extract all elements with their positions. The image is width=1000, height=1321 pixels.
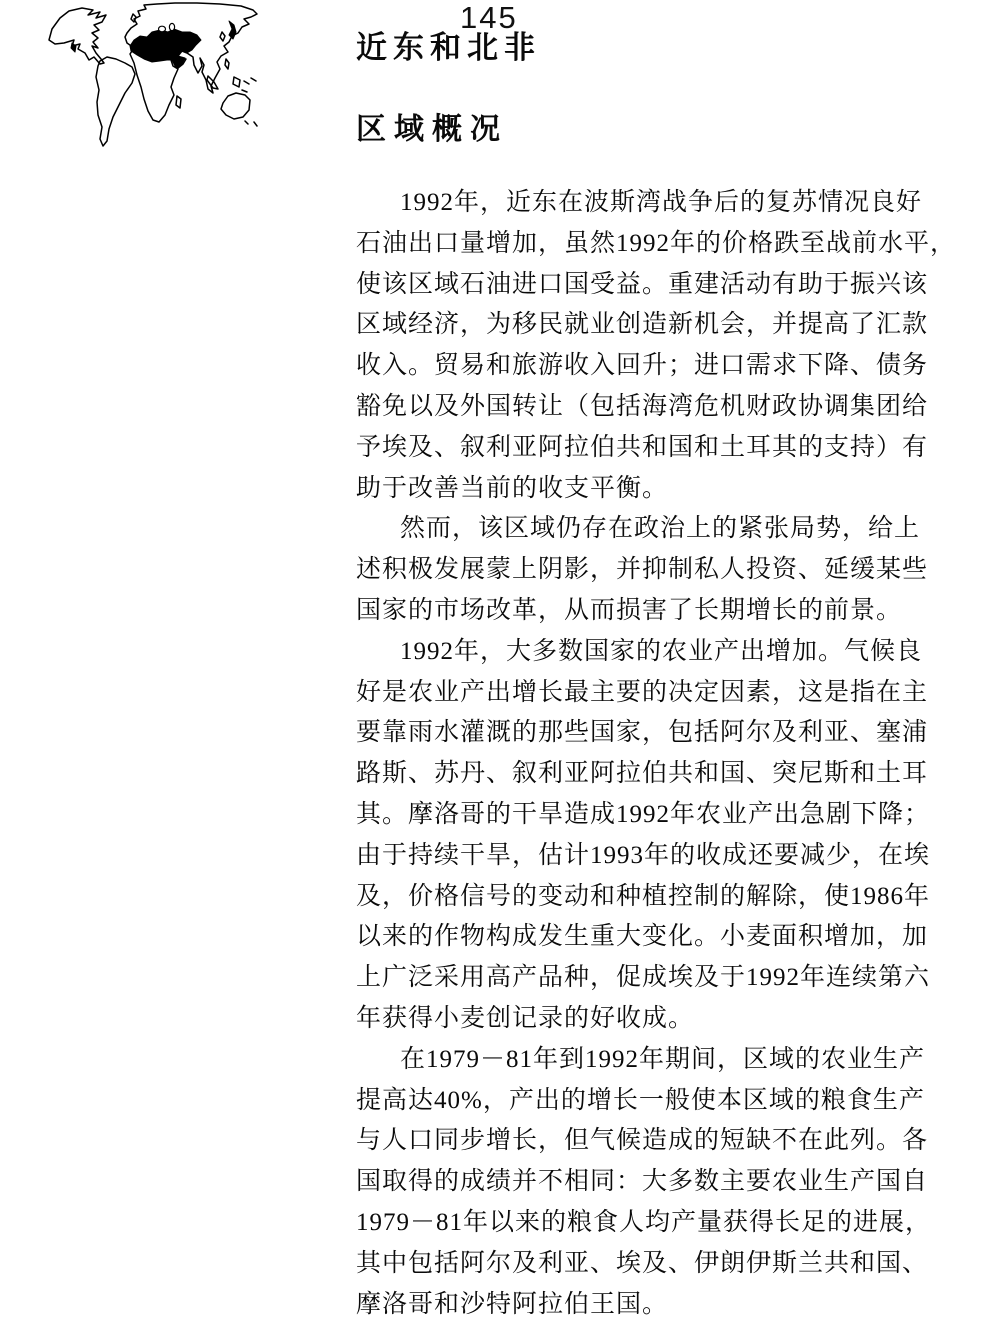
text-line: 区域经济，为移民就业创造新机会，并提高了汇款 [356,305,956,346]
text-line: 路斯、苏丹、叙利亚阿拉伯共和国、突尼斯和土耳 [356,754,956,795]
madagascar-outline [176,96,181,108]
body-text: 1992年，近东在波斯湾战争后的复苏情况良好石油出口量增加，虽然1992年的价格… [356,183,956,1321]
text-line: 在1979－81年到1992年期间，区域的农业生产 [356,1040,956,1081]
text-line: 1992年，近东在波斯湾战争后的复苏情况良好 [356,183,956,224]
text-line: 及，价格信号的变动和种植控制的解除，使1986年 [356,877,956,918]
near-east-north-africa-region [130,29,201,68]
document-page: 145 近东和北非 区域概况 1992年，近东在波斯湾战争后的复苏情况良好石油出… [0,0,1000,1321]
south-america-outline [96,57,135,146]
text-line: 要靠雨水灌溉的那些国家，包括阿尔及利亚、塞浦 [356,713,956,754]
eurasia-africa-outline [125,3,257,122]
world-map-graphic [45,2,260,149]
japan-shape [229,21,236,39]
text-line: 使该区域石油进口国受益。重建活动有助于振兴该 [356,265,956,306]
section-heading: 区域概况 [356,104,508,148]
text-line: 以来的作物构成发生重大变化。小麦面积增加，加 [356,917,956,958]
text-line: 年获得小麦创记录的好收成。 [356,999,956,1040]
caspian-sea-shape [169,23,174,30]
text-line: 由于持续干旱，估计1993年的收成还要减少，在埃 [356,836,956,877]
text-line: 石油出口量增加，虽然1992年的价格跌至战前水平， [356,224,956,265]
text-line: 其。摩洛哥的干旱造成1992年农业产出急剧下降； [356,795,956,836]
black-sea-shape [159,26,166,32]
text-line: 其中包括阿尔及利亚、埃及、伊朗伊斯兰共和国、 [356,1244,956,1285]
small-islands-marks [242,78,256,92]
text-line: 好是农业产出增长最主要的决定因素，这是指在主 [356,673,956,714]
text-line: 与人口同步增长，但气候造成的短缺不在此列。各 [356,1121,956,1162]
philippines-shape [225,59,229,69]
text-line: 1992年，大多数国家的农业产出增加。气候良 [356,632,956,673]
text-line: 1979－81年以来的粮食人均产量获得长足的进展， [356,1203,956,1244]
world-map [45,2,260,149]
text-line: 述积极发展蒙上阴影，并抑制私人投资、延缓某些 [356,550,956,591]
text-line: 提高达40%，产出的增长一般使本区域的粮食生产 [356,1081,956,1122]
text-line: 助于改善当前的收支平衡。 [356,469,956,510]
borneo-shape [233,77,240,87]
north-america-coast-mark [71,43,76,52]
british-isles-outline [131,14,136,22]
text-line: 然而，该区域仍存在政治上的紧张局势，给上 [356,509,956,550]
text-line: 国家的市场改革，从而损害了长期增长的前景。 [356,591,956,632]
north-america-outline [49,8,106,64]
text-line: 摩洛哥和沙特阿拉伯王国。 [356,1285,956,1321]
text-line: 国取得的成绩并不相同：大多数主要农业生产国自 [356,1162,956,1203]
text-line: 豁免以及外国转让（包括海湾危机财政协调集团给 [356,387,956,428]
text-line: 上广泛采用高产品种，促成埃及于1992年连续第六 [356,958,956,999]
text-line: 予埃及、叙利亚阿拉伯共和国和土耳其的支持）有 [356,428,956,469]
australia-outline [221,93,250,119]
tasmania-nz-marks [245,121,257,126]
korea-shape [220,32,225,41]
page-title: 近东和北非 [356,22,541,67]
text-line: 收入。贸易和旅游收入回升；进口需求下降、债务 [356,346,956,387]
